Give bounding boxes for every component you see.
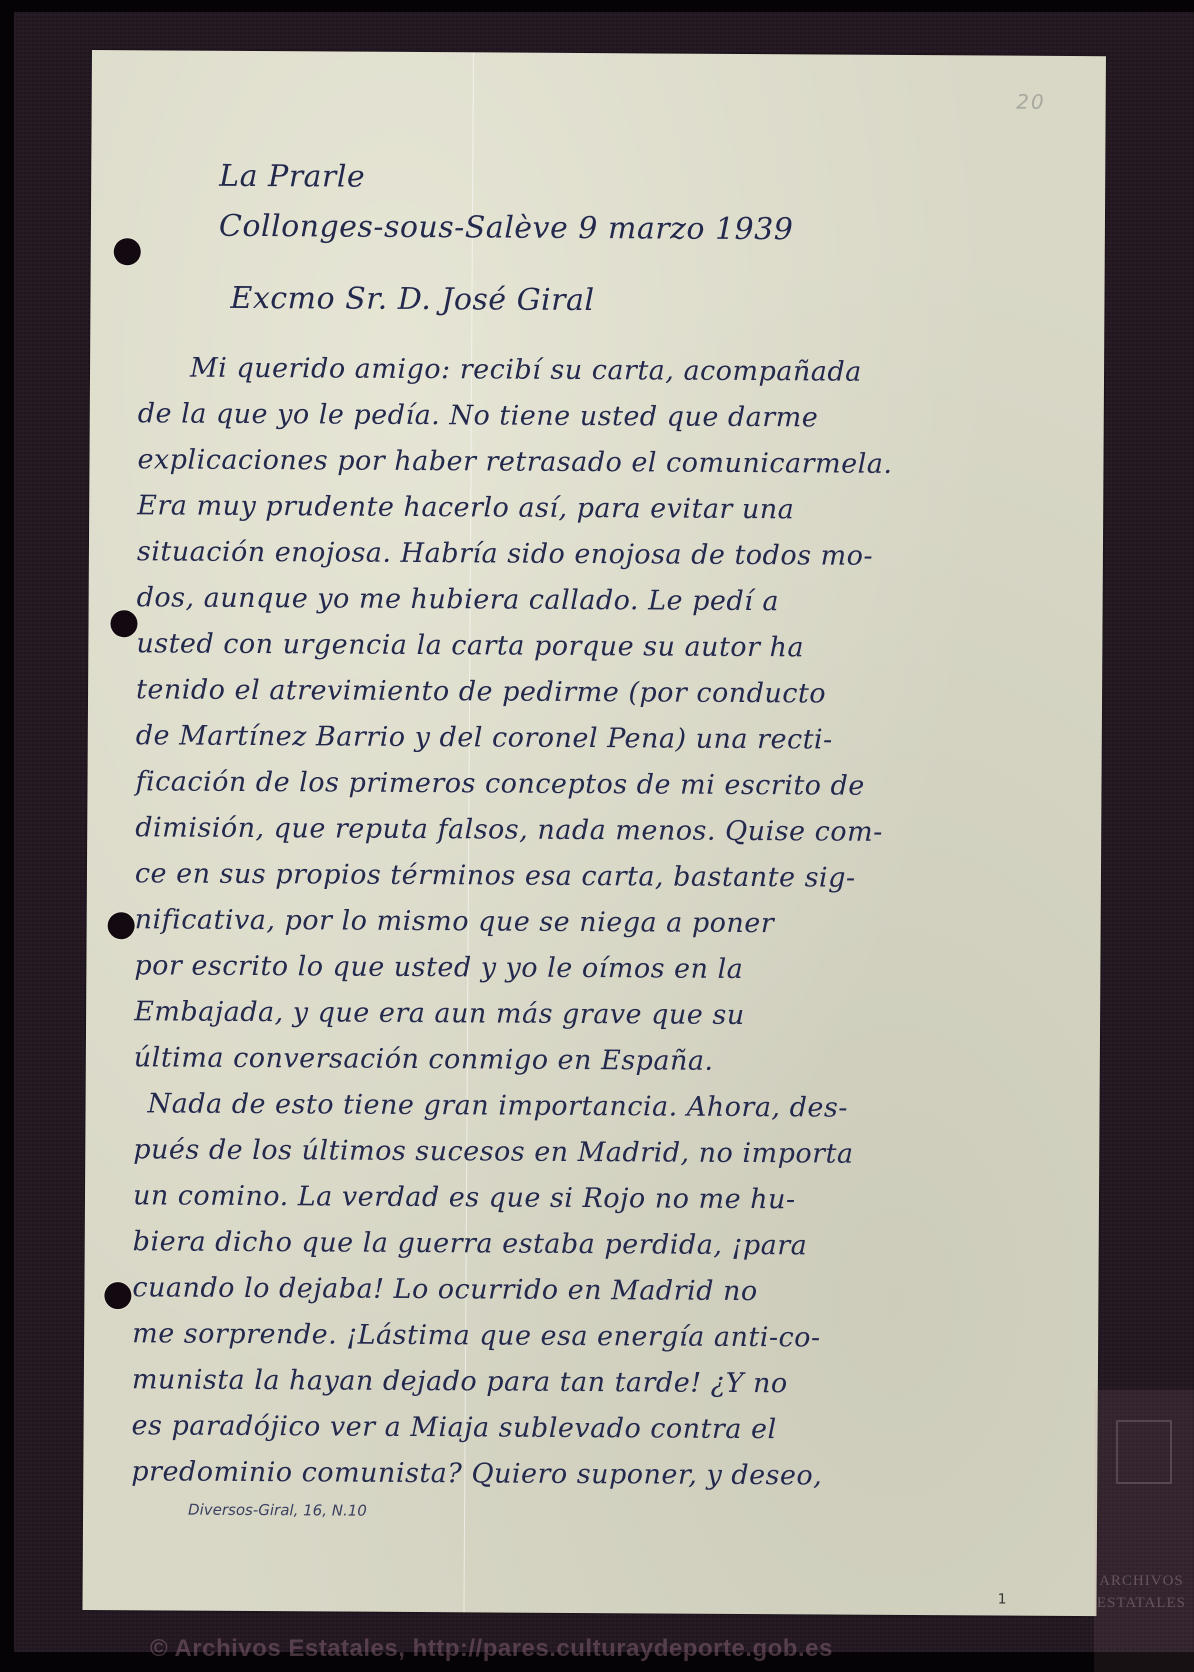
body-line: biera dicho que la guerra estaba perdida… xyxy=(133,1226,808,1261)
punch-hole xyxy=(104,1282,131,1309)
body-line: de la que yo le pedía. No tiene usted qu… xyxy=(138,398,819,433)
letter-sheet: 20 La Prarle Collonges-sous-Salève 9 mar… xyxy=(82,50,1106,1616)
body-line: dos, aunque yo me hubiera callado. Le pe… xyxy=(137,582,780,617)
punch-hole xyxy=(114,238,141,265)
body-line: explicaciones por haber retrasado el com… xyxy=(137,444,892,480)
letter-place: La Prarle xyxy=(219,159,365,195)
body-line: ficación de los primeros conceptos de mi… xyxy=(135,766,865,801)
body-line: dimisión, que reputa falsos, nada menos.… xyxy=(135,812,883,848)
body-line: por escrito lo que usted y yo le oímos e… xyxy=(134,950,743,985)
body-line: me sorprende. ¡Lástima que esa energía a… xyxy=(132,1318,821,1353)
body-line: Era muy prudente hacerlo así, para evita… xyxy=(137,490,794,525)
body-line: predominio comunista? Quiero suponer, y … xyxy=(131,1456,822,1491)
body-line: Mi querido amigo: recibí su carta, acomp… xyxy=(190,353,862,388)
archive-logo-icon xyxy=(1116,1420,1172,1484)
body-line: tenido el atrevimiento de pedirme (por c… xyxy=(136,674,826,709)
body-line: es paradójico ver a Miaja sublevado cont… xyxy=(132,1410,777,1445)
body-line: pués de los últimos sucesos en Madrid, n… xyxy=(133,1134,853,1169)
body-line: munista la hayan dejado para tan tarde! … xyxy=(132,1364,788,1399)
folio-number: 20 xyxy=(1016,90,1046,114)
body-line: un comino. La verdad es que si Rojo no m… xyxy=(133,1180,796,1215)
body-line: Embajada, y que era aun más grave que su xyxy=(134,996,745,1031)
letter-location-date: Collonges-sous-Salève 9 marzo 1939 xyxy=(219,209,794,248)
punch-hole xyxy=(110,610,137,637)
copyright-watermark: © Archivos Estatales, http://pares.cultu… xyxy=(150,1635,833,1663)
logo-line: ESTATALES xyxy=(1097,1592,1186,1614)
body-line: ce en sus propios términos esa carta, ba… xyxy=(135,858,856,893)
body-line: cuando lo dejaba! Lo ocurrido en Madrid … xyxy=(132,1272,757,1307)
body-line: Nada de esto tiene gran importancia. Aho… xyxy=(147,1088,848,1123)
archive-reference: Diversos-Giral, 16, N.10 xyxy=(188,1501,367,1520)
body-line: de Martínez Barrio y del coronel Pena) u… xyxy=(136,720,833,755)
logo-line: ARCHIVOS xyxy=(1097,1570,1186,1592)
body-line: usted con urgencia la carta porque su au… xyxy=(136,628,804,663)
body-line: última conversación conmigo en España. xyxy=(134,1042,714,1077)
body-line: situación enojosa. Habría sido enojosa d… xyxy=(137,536,873,571)
corner-mark: 1 xyxy=(998,1592,1007,1608)
body-line: nificativa, por lo mismo que se niega a … xyxy=(135,904,775,939)
letter-salutation: Excmo Sr. D. José Giral xyxy=(230,281,594,318)
archive-logo-text: ARCHIVOS ESTATALES xyxy=(1097,1570,1186,1614)
punch-hole xyxy=(108,912,135,939)
